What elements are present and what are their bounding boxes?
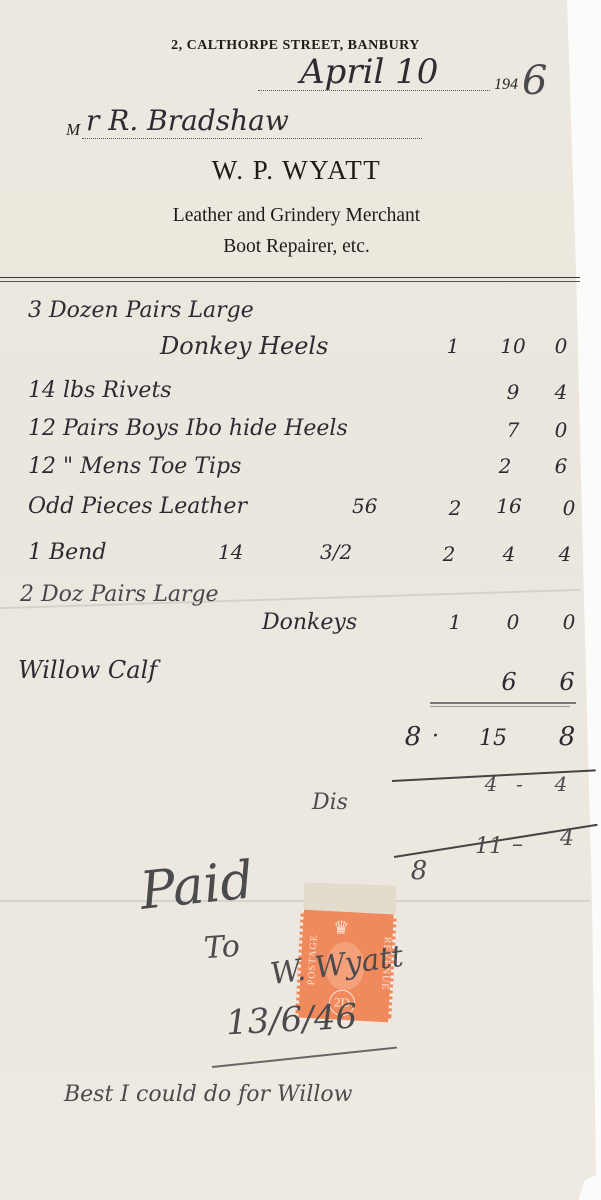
paid-text: Paid bbox=[137, 850, 256, 922]
subtotal-separator: · bbox=[432, 724, 439, 749]
item-shillings: 16 bbox=[494, 494, 524, 518]
date-handwritten: April 10 bbox=[300, 52, 438, 92]
item-pounds: 2 bbox=[440, 496, 470, 520]
customer-prefix: M bbox=[66, 120, 80, 140]
item-shillings: 9 bbox=[498, 380, 528, 404]
item-detail: 56 bbox=[352, 494, 377, 518]
subtotal-rule bbox=[430, 706, 570, 707]
item-pence: 0 bbox=[546, 334, 576, 358]
item-shillings: 6 bbox=[494, 668, 524, 696]
customer-dotted-line bbox=[82, 138, 422, 139]
item-pence: 0 bbox=[546, 418, 576, 442]
subtotal-pounds: 8 bbox=[398, 722, 428, 752]
item-pence: 6 bbox=[546, 454, 576, 478]
item-pounds: 1 bbox=[438, 334, 468, 358]
item-shillings: 7 bbox=[498, 418, 528, 442]
net-separator: – bbox=[512, 832, 523, 857]
subtotal-pence: 8 bbox=[552, 722, 582, 752]
item-description: 3 Dozen Pairs Large bbox=[28, 298, 254, 323]
item-description: 1 Bend bbox=[28, 540, 106, 565]
item-detail: 14 bbox=[218, 540, 243, 564]
to-text: To bbox=[203, 929, 241, 966]
item-description: 14 lbs Rivets bbox=[28, 378, 172, 403]
item-description: 2 Doz Pairs Large bbox=[20, 582, 219, 607]
item-continuation: Donkey Heels bbox=[160, 332, 328, 360]
receipt-date: 13/6/46 bbox=[225, 997, 358, 1044]
discount-label: Dis bbox=[312, 790, 348, 815]
item-pence: 6 bbox=[552, 668, 582, 696]
item-description: 12 " Mens Toe Tips bbox=[28, 454, 241, 479]
trade-description: Leather and Grindery Merchant bbox=[0, 205, 601, 227]
item-pence: 4 bbox=[546, 380, 576, 404]
net-pence: 4 bbox=[552, 826, 582, 851]
item-shillings: 2 bbox=[490, 454, 520, 478]
header-rule bbox=[0, 277, 580, 278]
net-pounds: 8 bbox=[404, 856, 434, 886]
item-description: 12 Pairs Boys Ibo hide Heels bbox=[28, 416, 348, 441]
year-handwritten: 6 bbox=[522, 58, 547, 104]
item-shillings: 10 bbox=[498, 334, 528, 358]
customer-name-handwritten: r R. Bradshaw bbox=[86, 104, 289, 137]
net-shillings: 11 bbox=[474, 834, 504, 859]
item-pounds: 2 bbox=[434, 542, 464, 566]
item-rate: 3/2 bbox=[320, 540, 352, 564]
trade-description-2: Boot Repairer, etc. bbox=[0, 236, 601, 258]
discount-separator: - bbox=[516, 772, 523, 796]
item-shillings: 0 bbox=[498, 610, 528, 634]
firm-name: W. P. WYATT bbox=[0, 155, 601, 186]
item-description: Willow Calf bbox=[18, 656, 157, 684]
item-pence: 0 bbox=[554, 496, 584, 520]
discount-shillings: 4 bbox=[476, 772, 506, 796]
subtotal-shillings: 15 bbox=[478, 726, 508, 751]
footer-note: Best I could do for Willow bbox=[64, 1082, 352, 1107]
item-description: Odd Pieces Leather bbox=[28, 494, 247, 519]
subtotal-rule bbox=[430, 702, 576, 704]
item-pence: 0 bbox=[554, 610, 584, 634]
discount-pence: 4 bbox=[546, 772, 576, 796]
item-pence: 4 bbox=[550, 542, 580, 566]
item-pounds: 1 bbox=[440, 610, 470, 634]
paper-fold-line bbox=[0, 900, 590, 902]
crown-icon: ♛ bbox=[332, 917, 349, 939]
item-continuation: Donkeys bbox=[262, 610, 357, 635]
year-printed: 194 bbox=[494, 76, 518, 94]
header-rule bbox=[0, 281, 580, 282]
item-shillings: 4 bbox=[494, 542, 524, 566]
